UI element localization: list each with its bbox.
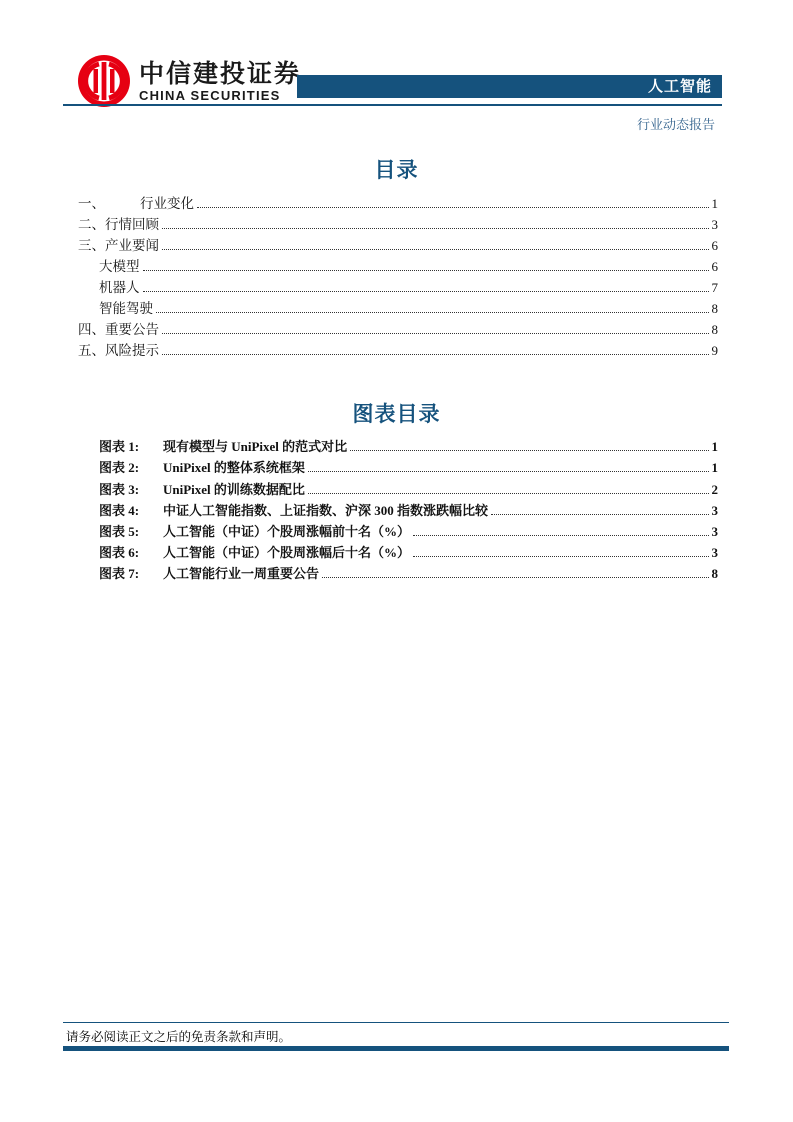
toc-item-title: 行业变化 — [140, 192, 194, 212]
figure-item-title: 现有模型与 UniPixel 的范式对比 — [163, 436, 347, 455]
figure-item-title: 中证人工智能指数、上证指数、沪深 300 指数涨跌幅比较 — [163, 500, 488, 519]
dot-leader — [350, 450, 708, 451]
toc-item-title: 智能驾驶 — [99, 297, 153, 317]
figures-title: 图表目录 — [0, 398, 793, 428]
figure-item-label: 图表 6: — [99, 542, 163, 561]
footer-bar — [63, 1046, 729, 1051]
figure-item[interactable]: 图表 5: 人工智能（中证）个股周涨幅前十名（%） 3 — [99, 519, 718, 540]
footer-rule — [63, 1022, 729, 1023]
citic-logo-icon — [78, 55, 130, 107]
toc-item[interactable]: 五、 风险提示 9 — [78, 338, 718, 359]
toc-item-number: 四、 — [78, 318, 105, 338]
logo-company-name-cn: 中信建投证券 — [139, 60, 301, 88]
dot-leader — [322, 577, 708, 578]
toc-item-number: 三、 — [78, 234, 105, 254]
dot-leader — [308, 471, 709, 472]
figure-item[interactable]: 图表 4: 中证人工智能指数、上证指数、沪深 300 指数涨跌幅比较 3 — [99, 498, 718, 519]
dot-leader — [413, 556, 708, 557]
figure-item-page: 1 — [712, 439, 719, 455]
figure-item-page: 1 — [712, 460, 719, 476]
figure-item-label: 图表 5: — [99, 521, 163, 540]
figure-item[interactable]: 图表 2: UniPixel 的整体系统框架 1 — [99, 455, 718, 476]
toc-item-page: 8 — [712, 322, 719, 338]
figure-list: 图表 1: 现有模型与 UniPixel 的范式对比 1 图表 2: UniPi… — [99, 434, 718, 582]
toc-item-page: 8 — [712, 301, 719, 317]
industry-banner-label: 人工智能 — [648, 78, 712, 95]
figure-item-label: 图表 7: — [99, 563, 163, 582]
dot-leader — [308, 493, 709, 494]
report-type-label: 行业动态报告 — [637, 114, 715, 133]
dot-leader — [143, 291, 709, 292]
document-page: 中信建投证券 CHINA SECURITIES 人工智能 行业动态报告 目录 一… — [0, 0, 793, 1122]
dot-leader — [162, 249, 709, 250]
footer-disclaimer: 请务必阅读正文之后的免责条款和声明。 — [66, 1027, 291, 1045]
toc-item-number: 一、 — [78, 192, 140, 212]
figure-item-page: 3 — [712, 524, 719, 540]
figure-item-title: UniPixel 的整体系统框架 — [163, 457, 305, 476]
toc-item-title: 大模型 — [99, 255, 140, 275]
dot-leader — [413, 535, 708, 536]
toc-item[interactable]: 一、 行业变化 1 — [78, 191, 718, 212]
figure-item-label: 图表 2: — [99, 457, 163, 476]
dot-leader — [143, 270, 709, 271]
figure-item-page: 2 — [712, 482, 719, 498]
figure-item-title: UniPixel 的训练数据配比 — [163, 479, 305, 498]
figure-item-title: 人工智能行业一周重要公告 — [163, 563, 319, 582]
toc-item-title: 风险提示 — [105, 339, 159, 359]
toc-item-title: 产业要闻 — [105, 234, 159, 254]
logo-text: 中信建投证券 CHINA SECURITIES — [139, 60, 301, 103]
toc-item[interactable]: 三、 产业要闻 6 — [78, 233, 718, 254]
toc-item[interactable]: 四、 重要公告 8 — [78, 317, 718, 338]
figure-item-title: 人工智能（中证）个股周涨幅后十名（%） — [163, 542, 410, 561]
figure-item[interactable]: 图表 6: 人工智能（中证）个股周涨幅后十名（%） 3 — [99, 540, 718, 561]
dot-leader — [162, 333, 709, 334]
toc-item-page: 6 — [712, 259, 719, 275]
toc-item[interactable]: 机器人 7 — [99, 275, 718, 296]
dot-leader — [197, 207, 709, 208]
toc-item[interactable]: 大模型 6 — [99, 254, 718, 275]
toc-item-title: 重要公告 — [105, 318, 159, 338]
toc-item-title: 行情回顾 — [105, 213, 159, 233]
toc-item[interactable]: 智能驾驶 8 — [99, 296, 718, 317]
company-logo: 中信建投证券 CHINA SECURITIES — [78, 55, 301, 107]
header-rule — [63, 104, 722, 106]
toc-list: 一、 行业变化 1 二、 行情回顾 3 三、 产业要闻 6 大模型 6 机器人 — [78, 191, 718, 359]
toc-item-page: 6 — [712, 238, 719, 254]
figure-item-label: 图表 1: — [99, 436, 163, 455]
toc-item-number: 五、 — [78, 339, 105, 359]
toc-item-page: 1 — [712, 196, 719, 212]
figure-item-title: 人工智能（中证）个股周涨幅前十名（%） — [163, 521, 410, 540]
toc-title: 目录 — [0, 154, 793, 184]
toc-item-page: 7 — [712, 280, 719, 296]
figure-item[interactable]: 图表 3: UniPixel 的训练数据配比 2 — [99, 476, 718, 497]
toc-item[interactable]: 二、 行情回顾 3 — [78, 212, 718, 233]
dot-leader — [162, 228, 709, 229]
figure-item-page: 8 — [712, 566, 719, 582]
toc-item-title: 机器人 — [99, 276, 140, 296]
industry-banner: 人工智能 — [297, 75, 722, 98]
toc-item-page: 9 — [712, 343, 719, 359]
dot-leader — [491, 514, 708, 515]
figure-item-label: 图表 3: — [99, 479, 163, 498]
figure-item-label: 图表 4: — [99, 500, 163, 519]
figure-item-page: 3 — [712, 545, 719, 561]
toc-item-number: 二、 — [78, 213, 105, 233]
dot-leader — [156, 312, 709, 313]
figure-item[interactable]: 图表 1: 现有模型与 UniPixel 的范式对比 1 — [99, 434, 718, 455]
logo-company-name-en: CHINA SECURITIES — [139, 88, 301, 103]
toc-item-page: 3 — [712, 217, 719, 233]
figure-item[interactable]: 图表 7: 人工智能行业一周重要公告 8 — [99, 561, 718, 582]
figure-item-page: 3 — [712, 503, 719, 519]
dot-leader — [162, 354, 709, 355]
